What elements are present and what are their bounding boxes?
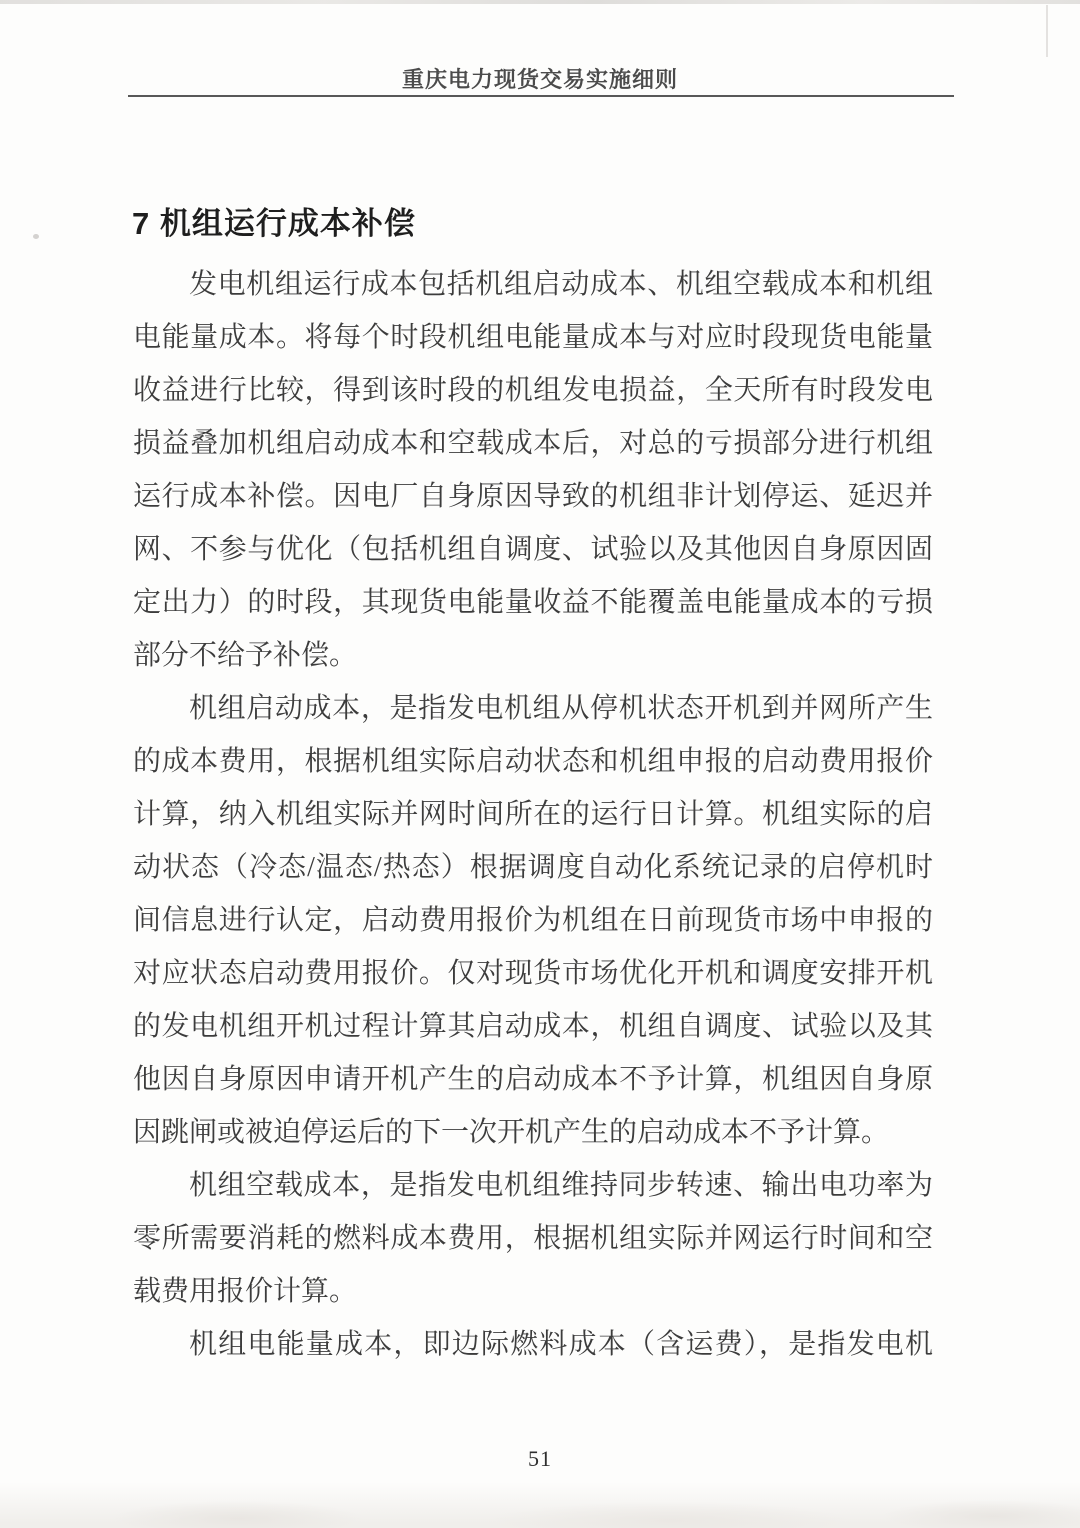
paragraph: 机组空载成本，是指发电机组维持同步转速、输出电功率为 零所需要消耗的燃料成本费用…	[133, 1159, 933, 1318]
text-line: 零所需要消耗的燃料成本费用，根据机组实际并网运行时间和空	[133, 1212, 933, 1265]
text-line: 发电机组运行成本包括机组启动成本、机组空载成本和机组	[133, 258, 933, 311]
text-line: 他因自身原因申请开机产生的启动成本不予计算，机组因自身原	[133, 1053, 933, 1106]
text-line: 机组空载成本，是指发电机组维持同步转速、输出电功率为	[133, 1159, 933, 1212]
header-rule	[128, 95, 954, 97]
text-line: 机组启动成本，是指发电机组从停机状态开机到并网所产生	[133, 682, 933, 735]
text-line: 计算，纳入机组实际并网时间所在的运行日计算。机组实际的启	[133, 788, 933, 841]
running-header-title: 重庆电力现货交易实施细则	[0, 68, 1080, 92]
body-text: 发电机组运行成本包括机组启动成本、机组空载成本和机组 电能量成本。将每个时段机组…	[133, 258, 933, 1371]
text-line: 的发电机组开机过程计算其启动成本，机组自调度、试验以及其	[133, 1000, 933, 1053]
document-page: 重庆电力现货交易实施细则 7 机组运行成本补偿 发电机组运行成本包括机组启动成本…	[0, 0, 1080, 1528]
text-line: 动状态（冷态/温态/热态）根据调度自动化系统记录的启停机时	[133, 841, 933, 894]
text-line: 网、不参与优化（包括机组自调度、试验以及其他因自身原因固	[133, 523, 933, 576]
text-line: 载费用报价计算。	[133, 1265, 933, 1318]
paragraph: 机组电能量成本，即边际燃料成本（含运费），是指发电机	[133, 1318, 933, 1371]
paragraph: 发电机组运行成本包括机组启动成本、机组空载成本和机组 电能量成本。将每个时段机组…	[133, 258, 933, 682]
text-line: 定出力）的时段，其现货电能量收益不能覆盖电能量成本的亏损	[133, 576, 933, 629]
text-line: 的成本费用，根据机组实际启动状态和机组申报的启动费用报价	[133, 735, 933, 788]
paragraph: 机组启动成本，是指发电机组从停机状态开机到并网所产生 的成本费用，根据机组实际启…	[133, 682, 933, 1159]
text-line: 机组电能量成本，即边际燃料成本（含运费），是指发电机	[133, 1318, 933, 1371]
scan-artifact-top-edge	[0, 0, 1080, 4]
text-line: 部分不给予补偿。	[133, 629, 933, 682]
section-heading: 7 机组运行成本补偿	[132, 204, 416, 244]
scan-artifact-right-edge	[1046, 5, 1048, 57]
text-line: 运行成本补偿。因电厂自身原因导致的机组非计划停运、延迟并	[133, 470, 933, 523]
text-line: 收益进行比较，得到该时段的机组发电损益，全天所有时段发电	[133, 364, 933, 417]
text-line: 损益叠加机组启动成本和空载成本后，对总的亏损部分进行机组	[133, 417, 933, 470]
text-line: 对应状态启动费用报价。仅对现货市场优化开机和调度安排开机	[133, 947, 933, 1000]
text-line: 电能量成本。将每个时段机组电能量成本与对应时段现货电能量	[133, 311, 933, 364]
scan-artifact-bottom-shadow	[0, 1482, 1080, 1528]
page-number: 51	[0, 1446, 1080, 1472]
scan-artifact-speck	[33, 234, 39, 239]
text-line: 间信息进行认定，启动费用报价为机组在日前现货市场中申报的	[133, 894, 933, 947]
text-line: 因跳闸或被迫停运后的下一次开机产生的启动成本不予计算。	[133, 1106, 933, 1159]
